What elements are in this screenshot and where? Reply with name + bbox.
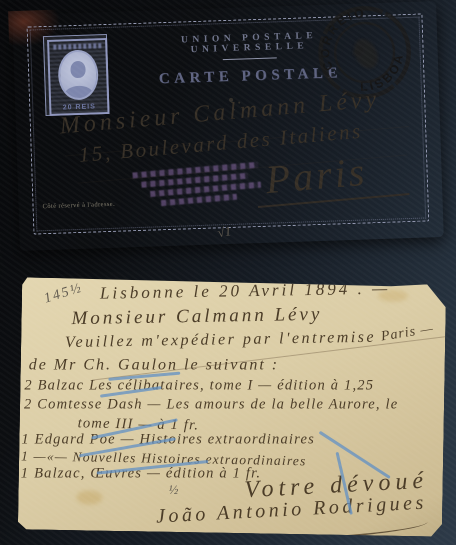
dateline: Lisbonne le 20 Avril 1894 . — — [100, 279, 391, 304]
message-line: de Mr Ch. Gaulon le suivant : — [29, 356, 279, 374]
pencil-checkmark: √1 — [216, 223, 232, 241]
foxing-spot — [76, 490, 102, 504]
postmark-date-smudge — [342, 30, 389, 77]
header-rule — [223, 57, 277, 60]
pencil-fraction: ½ — [168, 482, 178, 498]
order-line: 2 Comtesse Dash — Les amours de la belle… — [24, 396, 398, 413]
order-line: 2 Balzac Les célibataires, tome I — édit… — [24, 377, 374, 394]
imprinted-stamp: 20 REIS — [43, 34, 110, 116]
stamp-frame: 20 REIS — [47, 38, 109, 116]
postcard-photo: 20 REIS UNION POSTALE UNIVERSELLE CARTE … — [0, 0, 456, 545]
king-carlos-portrait-icon — [57, 49, 99, 100]
dealer-pencil-number: 145½ — [42, 281, 84, 308]
message-line: Veuillez m'expédier par l'entremise — [65, 329, 376, 352]
postcard-front: 20 REIS UNION POSTALE UNIVERSELLE CARTE … — [12, 1, 444, 251]
postcard-back: 145½ Lisbonne le 20 Avril 1894 . — Monsi… — [18, 277, 446, 536]
stamp-inscription-bar — [53, 43, 101, 50]
salutation: Monsieur Calmann Lévy — [71, 304, 322, 330]
